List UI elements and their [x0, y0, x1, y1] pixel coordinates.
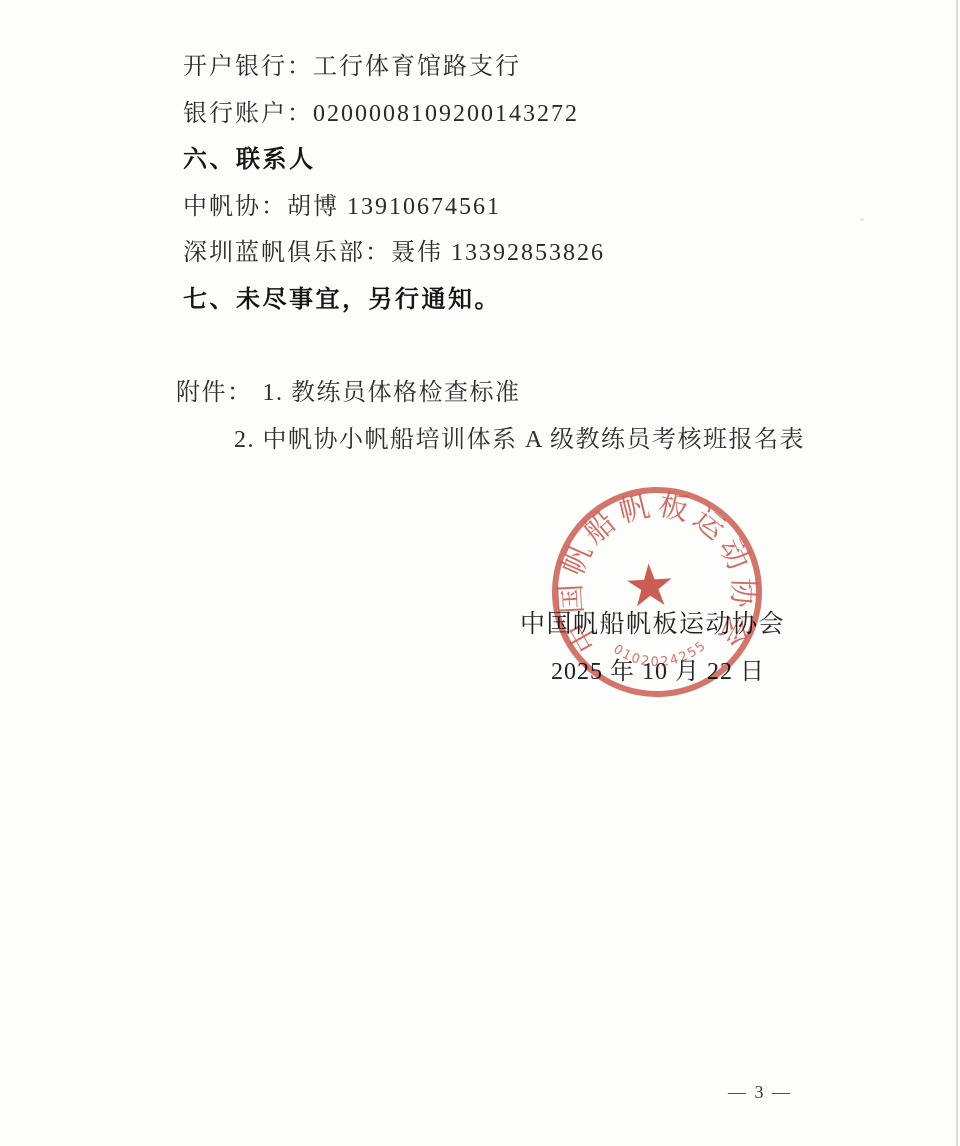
scanned-document-page: 开户银行：工行体育馆路支行 银行账户：0200008109200143272 六…: [0, 0, 960, 1146]
attachment-item-1: 1. 教练员体格检查标准: [263, 372, 521, 407]
heading-section-seven: 七、未尽事宜，另行通知。: [183, 279, 501, 314]
star-icon: ★: [622, 550, 677, 621]
line-bank-name: 开户银行：工行体育馆路支行: [183, 46, 521, 81]
scan-speck: [860, 218, 864, 221]
attachment-row-2: 2. 中帆协小帆船培训体系 A 级教练员考核班报名表: [234, 419, 805, 454]
line-bank-account: 银行账户：0200008109200143272: [183, 93, 579, 128]
attachment-row-1: 附件： 1. 教练员体格检查标准: [176, 372, 521, 407]
scan-edge-line: [956, 0, 958, 1146]
heading-section-six: 六、联系人: [183, 139, 316, 174]
attachments-label: 附件：: [176, 372, 253, 407]
attachment-item-2: 2. 中帆协小帆船培训体系 A 级教练员考核班报名表: [234, 419, 805, 454]
seal-serial-number: 0102024255: [610, 637, 711, 672]
page-number: — 3 —: [728, 1082, 792, 1103]
official-seal: 中国帆船帆板运动协会 0102024255 ★: [537, 472, 777, 712]
line-contact-cya: 中帆协：胡博 13910674561: [183, 186, 501, 221]
line-contact-club: 深圳蓝帆俱乐部：聂伟 13392853826: [183, 232, 605, 267]
